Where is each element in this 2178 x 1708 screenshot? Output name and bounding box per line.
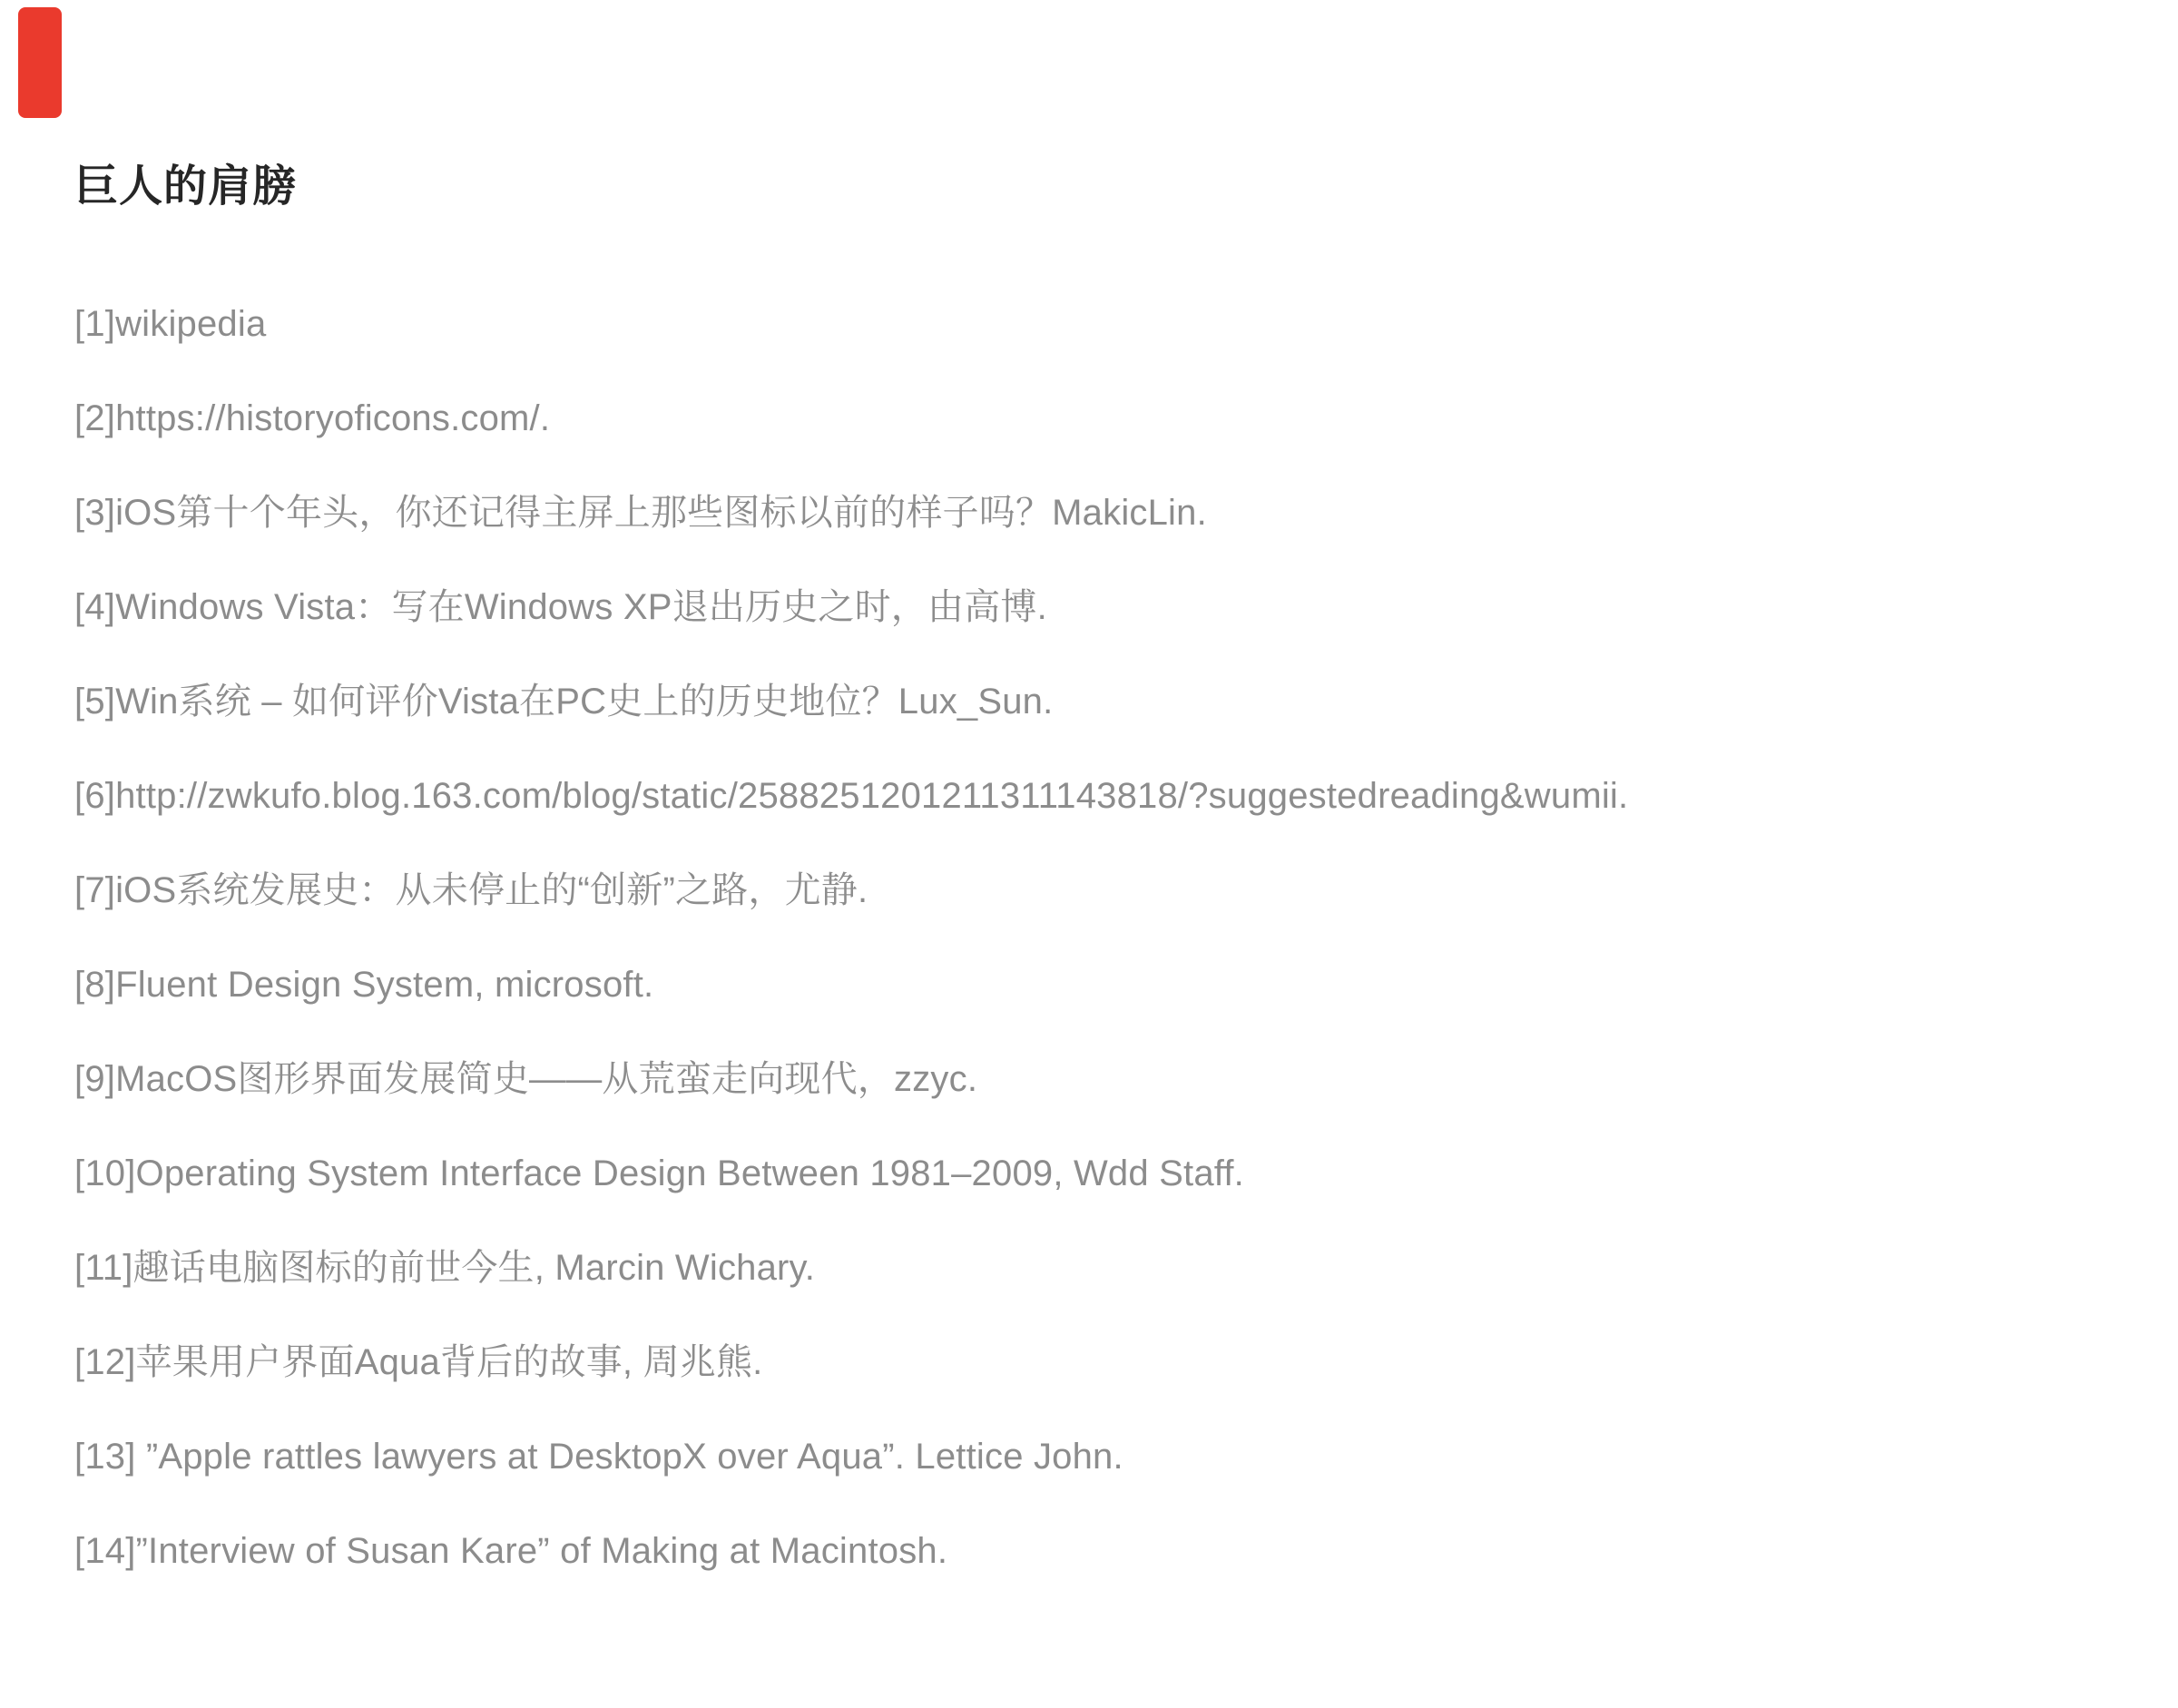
reference-item: [14]”Interview of Susan Kare” of Making … [74, 1504, 2125, 1598]
reference-item: [11]趣话电脑图标的前世今生, Marcin Wichary. [74, 1221, 2125, 1315]
reference-item: [12]苹果用户界面Aqua背后的故事, 周兆熊. [74, 1315, 2125, 1409]
reference-item: [5]Win系统 – 如何评价Vista在PC史上的历史地位？Lux_Sun. [74, 654, 2125, 749]
reference-item: [2]https://historyoficons.com/. [74, 371, 2125, 466]
reference-item: [10]Operating System Interface Design Be… [74, 1126, 2125, 1221]
reference-item: [3]iOS第十个年头，你还记得主屏上那些图标以前的样子吗？MakicLin. [74, 466, 2125, 560]
article-page: 巨人的肩膀 [1]wikipedia [2]https://historyofi… [0, 0, 2178, 1708]
reference-item: [13] ”Apple rattles lawyers at DesktopX … [74, 1409, 2125, 1504]
reference-item: [7]iOS系统发展史：从未停止的“创新”之路，尤静. [74, 843, 2125, 937]
red-annotation-marker [18, 7, 62, 118]
section-title: 巨人的肩膀 [74, 0, 2125, 210]
references-section: 巨人的肩膀 [1]wikipedia [2]https://historyofi… [74, 0, 2125, 1598]
reference-item: [6]http://zwkufo.blog.163.com/blog/stati… [74, 749, 2125, 843]
reference-item: [4]Windows Vista：写在Windows XP退出历史之时，由高博. [74, 560, 2125, 654]
reference-item: [8]Fluent Design System, microsoft. [74, 937, 2125, 1032]
reference-item: [9]MacOS图形界面发展简史——从荒蛮走向现代，zzyc. [74, 1032, 2125, 1126]
reference-item: [1]wikipedia [74, 277, 2125, 371]
reference-list: [1]wikipedia [2]https://historyoficons.c… [74, 210, 2125, 1598]
